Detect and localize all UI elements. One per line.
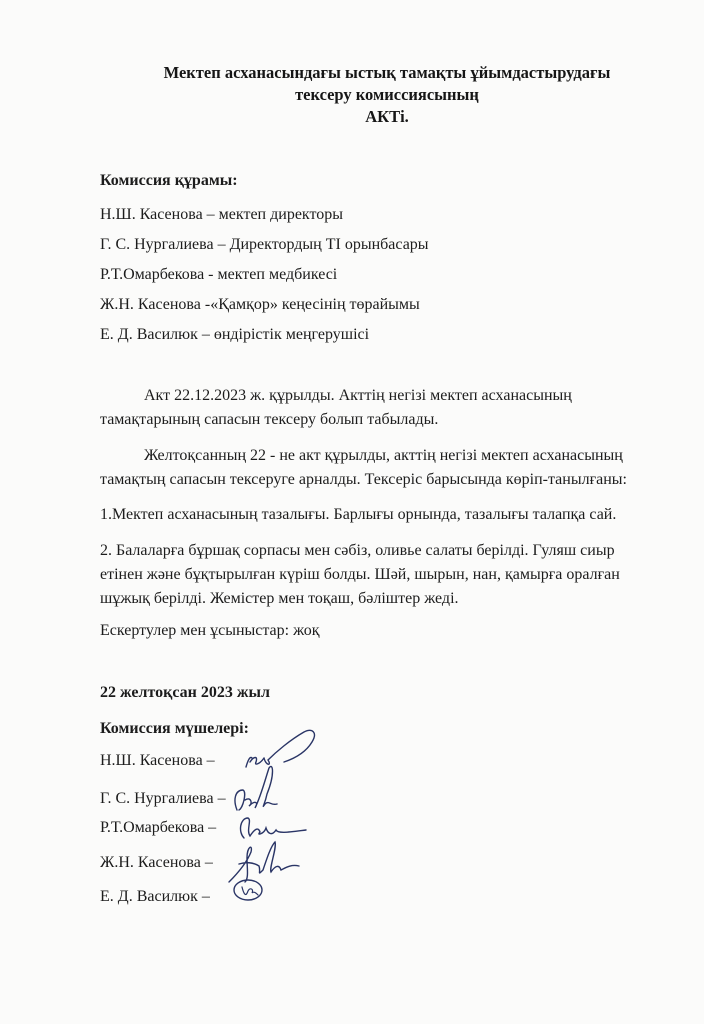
paragraph-2-line-2: тамақтың сапасын тексеруге арналды. Текс… xyxy=(100,470,627,490)
document-page: Мектеп асханасындағы ыстық тамақты ұйымд… xyxy=(0,0,704,1024)
document-title: Мектеп асханасындағы ыстық тамақты ұйымд… xyxy=(0,62,704,128)
finding-item-2-line-2: етінен және бұқтырылған күріш болды. Шәй… xyxy=(100,565,620,585)
finding-item-1: 1.Мектеп асханасының тазалығы. Барлығы о… xyxy=(100,505,616,525)
title-line-1: Мектеп асханасындағы ыстық тамақты ұйымд… xyxy=(0,62,704,84)
document-date: 22 желтоқсан 2023 жыл xyxy=(100,683,270,703)
signer-name: Ж.Н. Касенова – xyxy=(100,853,213,873)
signer-name: Р.Т.Омарбекова – xyxy=(100,818,216,838)
commission-member: Е. Д. Василюк – өндірістік меңгерушісі xyxy=(100,325,369,345)
commission-member: Ж.Н. Касенова -«Қамқор» кеңесінің төрайы… xyxy=(100,295,420,315)
signer-name: Н.Ш. Касенова – xyxy=(100,751,215,771)
commission-member: Г. С. Нургалиева – Директордың ТІ орынба… xyxy=(100,235,429,255)
signature-vasilyuk xyxy=(230,875,270,905)
signer-name: Г. С. Нургалиева – xyxy=(100,789,226,809)
paragraph-2-line-1: Желтоқсанның 22 - не акт құрылды, акттің… xyxy=(144,446,623,466)
commission-heading: Комиссия құрамы: xyxy=(100,171,238,191)
finding-item-2-line-1: 2. Балаларға бұршақ сорпасы мен сәбіз, о… xyxy=(100,541,615,561)
finding-item-2-line-3: шұжық берілді. Жемістер мен тоқаш, бәліш… xyxy=(100,589,459,609)
commission-member: Р.Т.Омарбекова - мектеп медбикесі xyxy=(100,265,337,285)
paragraph-1-line-2: тамақтарының сапасын тексеру болып табыл… xyxy=(100,410,438,430)
title-line-3: АКТі. xyxy=(0,106,704,128)
commission-member: Н.Ш. Касенова – мектеп директоры xyxy=(100,205,343,225)
remarks-line: Ескертулер мен ұсыныстар: жоқ xyxy=(100,621,320,641)
title-line-2: тексеру комиссиясының xyxy=(0,84,704,106)
paragraph-1-line-1: Акт 22.12.2023 ж. құрылды. Акттің негізі… xyxy=(144,386,572,406)
signer-name: Е. Д. Василюк – xyxy=(100,887,210,907)
